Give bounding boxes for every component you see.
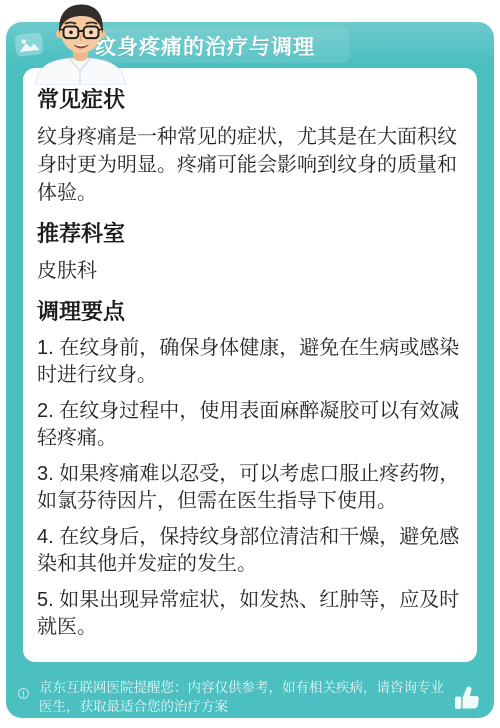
care-point-3: 3. 如果疼痛难以忍受，可以考虑口服止疼药物，如氯芬待因片，但需在医生指导下使用… [37, 461, 463, 515]
section-heading-care-points: 调理要点 [37, 298, 463, 326]
disclaimer-text: 京东互联网医院提醒您：内容仅供参考，如有相关疾病，请咨询专业医生，获取最适合您的… [39, 679, 453, 716]
department-value: 皮肤科 [37, 257, 463, 285]
care-point-2: 2. 在纹身过程中，使用表面麻醉凝胶可以有效减轻疼痛。 [37, 398, 463, 452]
thumbs-up-icon[interactable] [453, 684, 481, 712]
info-circle-icon: ! [18, 688, 29, 699]
footer: ! 京东互联网医院提醒您：内容仅供参考，如有相关疾病，请咨询专业医生，获取最适合… [6, 662, 494, 718]
page-title: 纹身疼痛的治疗与调理 [95, 31, 315, 61]
content-card: 常见症状 纹身疼痛是一种常见的症状，尤其是在大面积纹身时更为明显。疼痛可能会影响… [23, 68, 477, 662]
care-point-1: 1. 在纹身前，确保身体健康，避免在生病或感染时进行纹身。 [37, 335, 463, 389]
doctor-cartoon-avatar [33, 3, 128, 85]
section-heading-symptoms: 常见症状 [37, 86, 463, 114]
card-frame: 纹身疼痛的治疗与调理 常见症状 纹身疼痛是一种常见的症状，尤其是在大面积纹身时更… [6, 22, 494, 718]
symptoms-paragraph: 纹身疼痛是一种常见的症状，尤其是在大面积纹身时更为明显。疼痛可能会影响到纹身的质… [37, 123, 463, 207]
section-heading-department: 推荐科室 [37, 220, 463, 248]
care-point-5: 5. 如果出现异常症状，如发热、红肿等，应及时就医。 [37, 587, 463, 641]
health-card-page: 纹身疼痛的治疗与调理 常见症状 纹身疼痛是一种常见的症状，尤其是在大面积纹身时更… [0, 0, 500, 728]
care-point-4: 4. 在纹身后，保持纹身部位清洁和干燥，避免感染和其他并发症的发生。 [37, 524, 463, 578]
